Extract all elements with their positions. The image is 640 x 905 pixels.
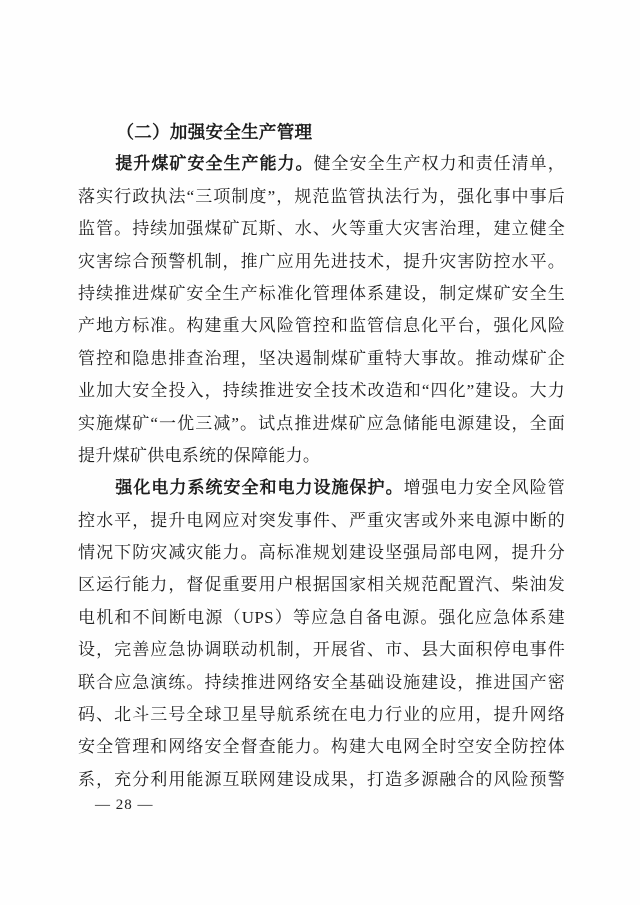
paragraph-line: 码、北斗三号全球卫星导航系统在电力行业的应用，提升网络 [78,699,565,731]
paragraph-text: 增强电力安全风险管 [404,478,565,497]
paragraph-line: 业加大安全投入，持续推进安全技术改造和“四化”建设。大力 [78,375,565,407]
paragraph-line: 提升煤矿安全生产能力。健全安全生产权力和责任清单， [78,148,565,180]
paragraph-line: 提升煤矿供电系统的保障能力。 [78,440,565,472]
paragraph-line: 管控和隐患排查治理，坚决遏制煤矿重特大事故。推动煤矿企 [78,343,565,375]
page-number: — 28 — [95,795,154,815]
paragraph-lead: 提升煤矿安全生产能力。 [115,154,313,173]
paragraph-lead: 强化电力系统安全和电力设施保护。 [115,478,403,497]
document-page: （二）加强安全生产管理 提升煤矿安全生产能力。健全安全生产权力和责任清单， 落实… [0,0,640,905]
paragraph-line: 监管。持续加强煤矿瓦斯、水、火等重大灾害治理，建立健全 [78,213,565,245]
paragraph-line: 持续推进煤矿安全生产标准化管理体系建设，制定煤矿安全生 [78,278,565,310]
paragraph-line: 控水平，提升电网应对突发事件、严重灾害或外来电源中断的 [78,505,565,537]
paragraph-text: 健全安全生产权力和责任清单， [314,154,565,173]
document-text-block: （二）加强安全生产管理 提升煤矿安全生产能力。健全安全生产权力和责任清单， 落实… [78,116,565,796]
paragraph-line: 强化电力系统安全和电力设施保护。增强电力安全风险管 [78,472,565,504]
paragraph-line: 产地方标准。构建重大风险管控和监管信息化平台，强化风险 [78,310,565,342]
paragraph-line: 设，完善应急协调联动机制，开展省、市、县大面积停电事件 [78,634,565,666]
paragraph-line: 区运行能力，督促重要用户根据国家相关规范配置汽、柴油发 [78,569,565,601]
paragraph-line: 系，充分利用能源互联网建设成果，打造多源融合的风险预警 [78,764,565,796]
paragraph-line: 安全管理和网络安全督查能力。构建大电网全时空安全防控体 [78,731,565,763]
paragraph-line: 灾害综合预警机制，推广应用先进技术，提升灾害防控水平。 [78,246,565,278]
paragraph-line: 情况下防灾减灾能力。高标准规划建设坚强局部电网，提升分 [78,537,565,569]
paragraph-line: 电机和不间断电源（UPS）等应急自备电源。强化应急体系建 [78,602,565,634]
section-heading: （二）加强安全生产管理 [78,116,565,148]
paragraph-line: 落实行政执法“三项制度”，规范监管执法行为，强化事中事后 [78,181,565,213]
paragraph-line: 实施煤矿“一优三减”。试点推进煤矿应急储能电源建设，全面 [78,408,565,440]
paragraph-line: 联合应急演练。持续推进网络安全基础设施建设，推进国产密 [78,667,565,699]
